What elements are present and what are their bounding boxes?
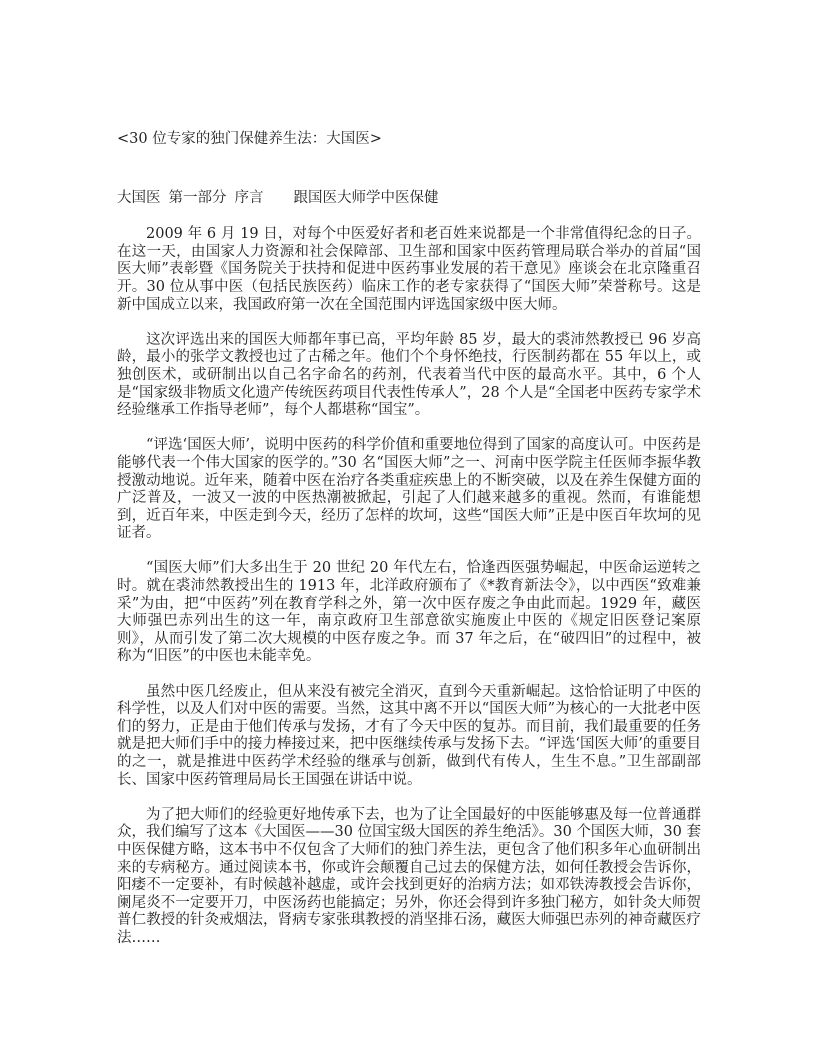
paragraph: 这次评选出来的国医大师都年事已高，平均年龄 85 岁，最大的裘沛然教授已 96 … [117,332,701,420]
paragraph: “国医大师”们大多出生于 20 世纪 20 年代左右，恰逢西医强势崛起，中医命运… [117,560,701,666]
heading-section-label: 序言 [235,190,264,208]
heading-part-label: 第一部分 [169,190,227,208]
paragraph: 为了把大师们的经验更好地传承下去，也为了让全国最好的中医能够惠及每一位普通群众，… [117,807,701,948]
paragraph: 2009 年 6 月 19 日，对每个中医爱好者和老百姓来说都是一个非常值得纪念… [117,226,701,314]
paragraphs-container: 2009 年 6 月 19 日，对每个中医爱好者和老百姓来说都是一个非常值得纪念… [117,226,701,947]
paragraph: 虽然中医几经废止，但从来没有被完全消灭，直到今天重新崛起。这恰恰证明了中医的科学… [117,684,701,790]
book-title: <30 位专家的独门保健养生法：大国医> [117,131,701,149]
paragraph: “评选‘国医大师’，说明中医药的科学价值和重要地位得到了国家的高度认可。中医药是… [117,437,701,543]
heading-book-name: 大国医 [117,190,161,208]
document-content: <30 位专家的独门保健养生法：大国医> 大国医 第一部分 序言 跟国医大师学中… [117,131,701,948]
section-heading: 大国医 第一部分 序言 跟国医大师学中医保健 [117,190,701,208]
document-page: <30 位专家的独门保健养生法：大国医> 大国医 第一部分 序言 跟国医大师学中… [0,0,816,1056]
heading-section-title: 跟国医大师学中医保健 [294,190,439,208]
